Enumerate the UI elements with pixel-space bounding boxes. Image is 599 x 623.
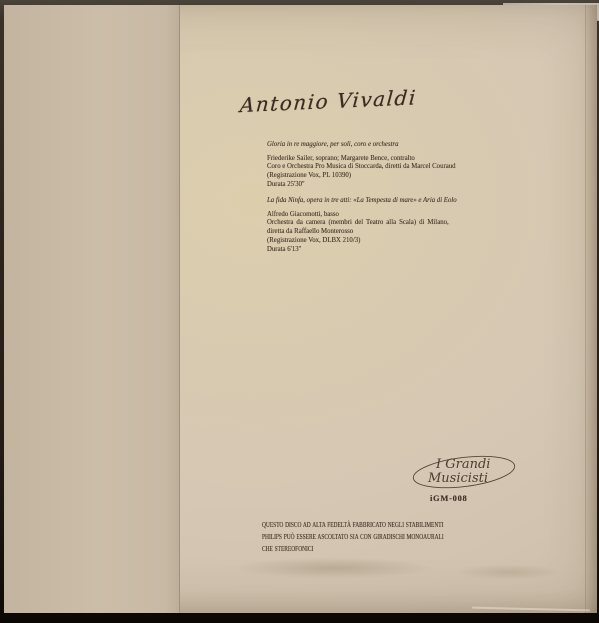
credit-line: Friederike Sailer, soprano; Margarete Be… bbox=[267, 155, 456, 164]
right-edge-shade bbox=[586, 5, 597, 613]
i-grandi-musicisti-logo: I Grandi Musicisti bbox=[410, 451, 524, 495]
work-title: Gloria in re maggiore, per soli, coro e … bbox=[267, 141, 456, 150]
hifi-notice-line: PHILIPS PUÒ ESSERE ASCOLTATO SIA CON GIR… bbox=[262, 532, 444, 544]
bottom-edge-glint bbox=[472, 607, 590, 612]
logo-text-line2: Musicisti bbox=[427, 471, 488, 486]
credit-line: Coro e Orchestra Pro Musica di Stoccarda… bbox=[267, 163, 456, 172]
catalog-number: iGM-008 bbox=[430, 493, 467, 503]
logo-flourish-graphic: I Grandi Musicisti bbox=[410, 451, 524, 495]
hifi-notice-line: QUESTO DISCO AD ALTA FEDELTÀ FABBRICATO … bbox=[262, 520, 444, 532]
credit-line: (Registrazione Vox, DLBX 210/3) bbox=[267, 237, 457, 246]
work-title: La fida Ninfa, opera in tre atti: «La Te… bbox=[267, 197, 457, 206]
crease-shadow bbox=[434, 561, 584, 583]
credit-line: (Registrazione Vox, PL 10390) bbox=[267, 172, 456, 181]
hifi-notice-line: CHE STEREOFONICI bbox=[262, 544, 444, 556]
artist-signature: Antonio Vivaldi bbox=[239, 85, 418, 117]
crease-shadow bbox=[189, 553, 479, 583]
work-section-la-fida-ninfa: La fida Ninfa, opera in tre atti: «La Te… bbox=[267, 197, 457, 254]
work-section-gloria: Gloria in re maggiore, per soli, coro e … bbox=[267, 141, 456, 190]
cover-flap bbox=[4, 5, 180, 613]
credit-line: Orchestra da camera (membri del Teatro a… bbox=[267, 219, 457, 228]
duration-line: Durata 6'13'' bbox=[267, 246, 457, 255]
hifi-notice: QUESTO DISCO AD ALTA FEDELTÀ FABBRICATO … bbox=[262, 520, 444, 557]
duration-line: Durata 25'30'' bbox=[267, 181, 456, 190]
credit-line: diretta da Raffaello Monterosso bbox=[267, 228, 457, 237]
photo-frame: Antonio Vivaldi Gloria in re maggiore, p… bbox=[0, 0, 599, 623]
logo-text-line1: I Grandi bbox=[435, 457, 490, 472]
album-back-cover: Antonio Vivaldi Gloria in re maggiore, p… bbox=[4, 5, 597, 613]
